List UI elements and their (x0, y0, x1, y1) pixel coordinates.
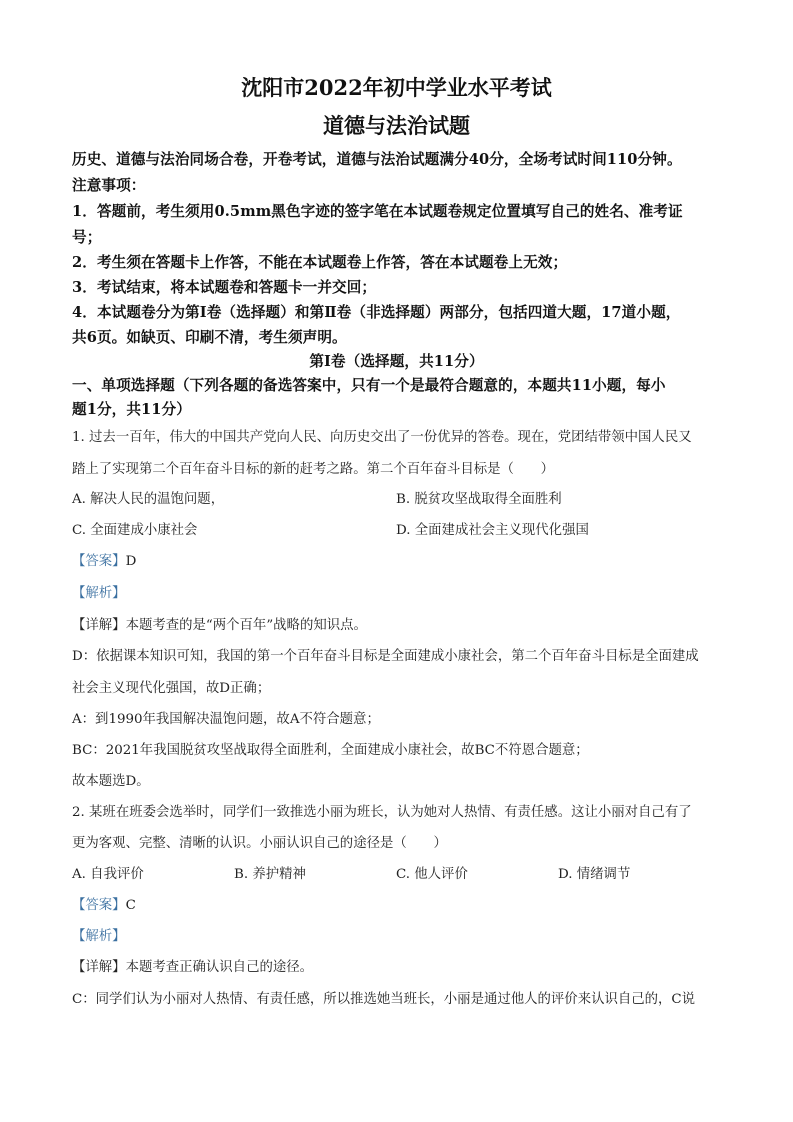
question-2-option-b: B. 养护精神 (234, 863, 306, 882)
exam-subtitle: 道德与法治试题 (0, 110, 793, 140)
detail-label: 【详解】 (72, 618, 126, 633)
part-title: 一、单项选择题（下列各题的备选答案中，只有一个是最符合题意的，本题共11小题，每… (72, 374, 666, 395)
note-1-cont: 号； (72, 226, 101, 247)
exam-title: 沈阳市2022年初中学业水平考试 (0, 72, 793, 102)
question-1-analysis-label: 【解析】 (72, 582, 126, 601)
question-1-detail-line: A：到1990年我国解决温饱问题，故A不符合题意； (72, 708, 380, 727)
answer-value: C (126, 898, 136, 913)
question-1-stem-cont: 踏上了实现第二个百年奋斗目标的新的赶考之路。第二个百年奋斗目标是（ ） (72, 458, 554, 477)
note-3: 3．考试结束，将本试题卷和答题卡一并交回； (72, 276, 376, 297)
question-1-option-c: C. 全面建成小康社会 (72, 519, 197, 538)
detail-text: 本题考查的是“两个百年”战略的知识点。 (126, 618, 367, 633)
question-1-option-d: D. 全面建成社会主义现代化强国 (396, 519, 589, 538)
notice-heading: 注意事项： (72, 174, 145, 195)
question-1-option-a: A. 解决人民的温饱问题， (72, 488, 224, 507)
intro-line: 历史、道德与法治同场合卷，开卷考试，道德与法治试题满分40分，全场考试时间110… (72, 148, 682, 169)
question-1-detail-line: D：依据课本知识可知，我国的第一个百年奋斗目标是全面建成小康社会，第二个百年奋斗… (72, 645, 699, 664)
question-1-stem: 1. 过去一百年，伟大的中国共产党向人民、向历史交出了一份优异的答卷。现在，党团… (72, 426, 692, 445)
note-4: 4．本试题卷分为第Ⅰ卷（选择题）和第Ⅱ卷（非选择题）两部分，包括四道大题，17道… (72, 301, 680, 322)
question-2-option-d: D. 情绪调节 (558, 863, 630, 882)
answer-value: D (126, 554, 137, 569)
question-2-option-a: A. 自我评价 (72, 863, 144, 882)
question-1-answer: 【答案】D (72, 550, 136, 569)
question-2-stem-cont: 更为客观、完整、清晰的认识。小丽认识自己的途径是（ ） (72, 832, 447, 851)
question-2-option-c: C. 他人评价 (396, 863, 468, 882)
question-1-detail-line: 故本题选D。 (72, 770, 150, 789)
note-1: 1．答题前，考生须用0.5mm黑色字迹的签字笔在本试题卷规定位置填写自己的姓名、… (72, 200, 683, 221)
volume-title: 第Ⅰ卷（选择题，共11分） (0, 350, 793, 371)
question-2-detail-line: C：同学们认为小丽对人热情、有责任感，所以推选她当班长，小丽是通过他人的评价来认… (72, 988, 695, 1007)
detail-label: 【详解】 (72, 960, 126, 975)
question-2-stem: 2. 某班在班委会选举时，同学们一致推选小丽为班长，认为她对人热情、有责任感。这… (72, 801, 692, 820)
detail-text: 本题考查正确认识自己的途径。 (126, 960, 313, 975)
question-1-option-b: B. 脱贫攻坚战取得全面胜利 (396, 488, 562, 507)
question-2-detail: 【详解】本题考查正确认识自己的途径。 (72, 956, 313, 975)
part-title-cont: 题1分，共11分） (72, 398, 191, 419)
note-4-cont: 共6页。如缺页、印刷不清，考生须声明。 (72, 326, 347, 347)
exam-page: 沈阳市2022年初中学业水平考试 道德与法治试题 历史、道德与法治同场合卷，开卷… (0, 0, 793, 1122)
answer-label: 【答案】 (72, 554, 126, 569)
question-1-detail-line: 社会主义现代化强国，故D正确； (72, 677, 270, 696)
question-1-detail-line: BC：2021年我国脱贫攻坚战取得全面胜利，全面建成小康社会，故BC不符恩合题意… (72, 739, 589, 758)
question-1-detail: 【详解】本题考查的是“两个百年”战略的知识点。 (72, 614, 367, 633)
answer-label: 【答案】 (72, 898, 126, 913)
question-2-answer: 【答案】C (72, 894, 136, 913)
note-2: 2．考生须在答题卡上作答，不能在本试题卷上作答，答在本试题卷上无效； (72, 251, 567, 272)
question-2-analysis-label: 【解析】 (72, 925, 126, 944)
